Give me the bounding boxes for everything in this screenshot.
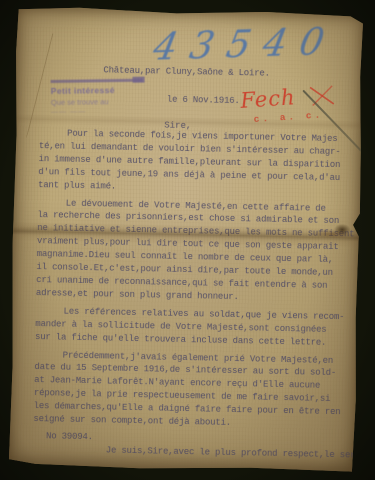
letter-paper: 43540 Château,par Cluny,Saône & Loire. l… bbox=[7, 6, 364, 475]
stamp-text-line: —— —— bbox=[51, 108, 151, 116]
body-paragraph-1: Pour la seconde fois,je viens importuner… bbox=[38, 127, 361, 198]
red-censor-stamp: Fech c. a. c. bbox=[240, 82, 352, 126]
body-paragraph-3: Les références relatives au soldat,que j… bbox=[35, 305, 358, 350]
body-paragraph-4: Précédemment,j'avais également prié Votr… bbox=[33, 348, 356, 432]
date-line: le 6 Nov.1916. bbox=[167, 95, 240, 106]
letter-body: Pour la seconde fois,je viens importuner… bbox=[33, 127, 362, 462]
stamp-text-line: Petit intéressé bbox=[51, 85, 151, 96]
stamp-rule bbox=[51, 79, 143, 83]
archive-number-handwritten: 43540 bbox=[150, 19, 358, 69]
stamp-text-line: Que se trouve au bbox=[51, 97, 151, 107]
location-line: Château,par Cluny,Saône & Loire. bbox=[103, 65, 270, 78]
body-paragraph-2: Le dévouement de Votre Majesté,en cette … bbox=[36, 197, 360, 307]
purple-ink-stamp: Petit intéressé Que se trouve au —— —— bbox=[51, 79, 152, 116]
